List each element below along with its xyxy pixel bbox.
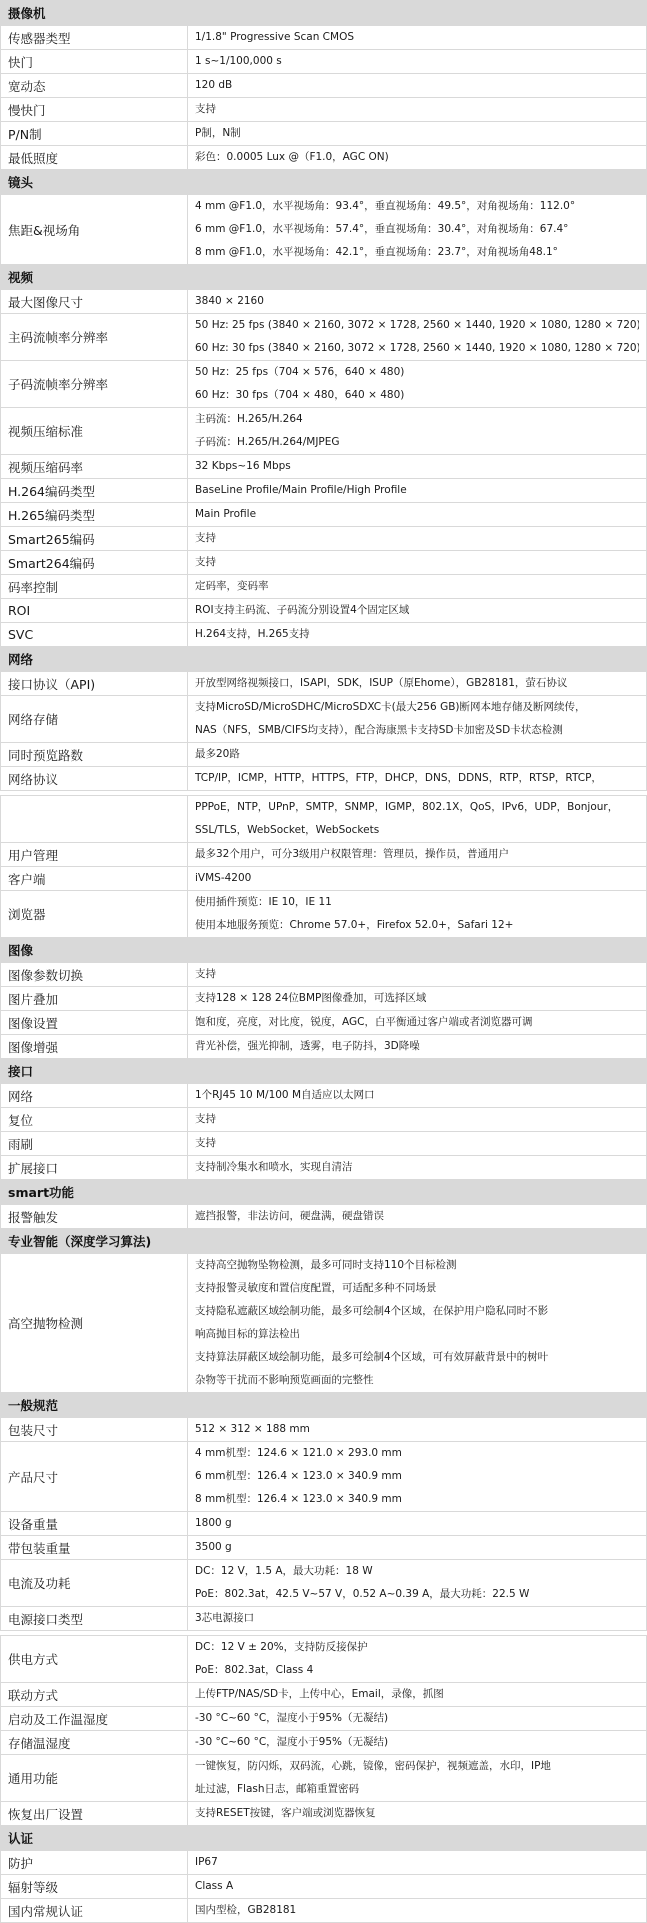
spec-value: PPPoE，NTP，UPnP，SMTP，SNMP，IGMP，802.1X，QoS… (188, 796, 647, 843)
spec-value: 支持MicroSD/MicroSDHC/MicroSDXC卡(最大256 GB)… (188, 696, 647, 743)
spec-value: -30 °C~60 °C，湿度小于95%（无凝结) (188, 1731, 647, 1755)
spec-value-line: 支持 (195, 963, 639, 986)
spec-value-line: 3840 × 2160 (195, 290, 639, 313)
spec-value: P制，N制 (188, 122, 647, 146)
spec-value-line: DC：12 V，1.5 A，最大功耗：18 W (195, 1560, 639, 1583)
spec-value-line: 8 mm @F1.0，水平视场角：42.1°，垂直视场角：23.7°，对角视场角… (195, 241, 639, 264)
spec-label: 通用功能 (1, 1755, 188, 1802)
spec-value-line: 最多20路 (195, 743, 639, 766)
spec-value: 饱和度，亮度，对比度，锐度，AGC，白平衡通过客户端或者浏览器可调 (188, 1011, 647, 1035)
section-title: 专业智能（深度学习算法) (1, 1229, 647, 1254)
spec-label: 焦距&视场角 (1, 195, 188, 265)
spec-row: 恢复出厂设置支持RESET按键，客户端或浏览器恢复 (1, 1802, 647, 1826)
spec-row: 同时预览路数最多20路 (1, 743, 647, 767)
section-title: 网络 (1, 647, 647, 672)
spec-sheet: 摄像机传感器类型1/1.8" Progressive Scan CMOS快门1 … (0, 0, 646, 1923)
spec-value-line: TCP/IP，ICMP，HTTP，HTTPS，FTP，DHCP，DNS，DDNS… (195, 767, 639, 790)
spec-label: Smart264编码 (1, 551, 188, 575)
spec-value-line: 1个RJ45 10 M/100 M自适应以太网口 (195, 1084, 639, 1107)
spec-label: 设备重量 (1, 1512, 188, 1536)
spec-row: 主码流帧率分辨率50 Hz: 25 fps (3840 × 2160, 3072… (1, 314, 647, 361)
section-title: 接口 (1, 1059, 647, 1084)
spec-label: 网络 (1, 1084, 188, 1108)
spec-label: H.265编码类型 (1, 503, 188, 527)
spec-value: Class A (188, 1875, 647, 1899)
spec-value-line: 定码率，变码率 (195, 575, 639, 598)
spec-label: 最低照度 (1, 146, 188, 170)
section-title: 镜头 (1, 170, 647, 195)
spec-value-line: 最多32个用户，可分3级用户权限管理：管理员，操作员，普通用户 (195, 843, 639, 866)
spec-value-line: 一键恢复，防闪烁，双码流，心跳，镜像，密码保护，视频遮盖，水印，IP地 (195, 1755, 639, 1778)
spec-label: 存储温湿度 (1, 1731, 188, 1755)
spec-row: Smart264编码支持 (1, 551, 647, 575)
spec-label: 电流及功耗 (1, 1560, 188, 1607)
spec-value-line: 上传FTP/NAS/SD卡，上传中心，Email，录像，抓图 (195, 1683, 639, 1706)
spec-label: 最大图像尺寸 (1, 290, 188, 314)
spec-value-line: 主码流：H.265/H.264 (195, 408, 639, 431)
spec-label: 同时预览路数 (1, 743, 188, 767)
spec-value: 1/1.8" Progressive Scan CMOS (188, 26, 647, 50)
spec-table-part-3: 供电方式DC：12 V ± 20%，支持防反接保护PoE：802.3at，Cla… (0, 1635, 647, 1923)
spec-value: 1800 g (188, 1512, 647, 1536)
spec-value-line: Class A (195, 1875, 639, 1898)
spec-value-line: 址过滤，Flash日志，邮箱重置密码 (195, 1778, 639, 1801)
spec-value: TCP/IP，ICMP，HTTP，HTTPS，FTP，DHCP，DNS，DDNS… (188, 767, 647, 791)
spec-label: 接口协议（API) (1, 672, 188, 696)
spec-label: 供电方式 (1, 1636, 188, 1683)
spec-value-line: PPPoE，NTP，UPnP，SMTP，SNMP，IGMP，802.1X，QoS… (195, 796, 639, 819)
spec-row: 图像设置饱和度，亮度，对比度，锐度，AGC，白平衡通过客户端或者浏览器可调 (1, 1011, 647, 1035)
spec-value-line: 遮挡报警，非法访问，硬盘满，硬盘错误 (195, 1205, 639, 1228)
spec-label: 包装尺寸 (1, 1418, 188, 1442)
spec-value: 支持 (188, 551, 647, 575)
spec-label: 图像参数切换 (1, 963, 188, 987)
spec-value-line: 4 mm机型：124.6 × 121.0 × 293.0 mm (195, 1442, 639, 1465)
spec-value-line: 国内型检，GB28181 (195, 1899, 639, 1922)
spec-value: ROI支持主码流、子码流分别设置4个固定区域 (188, 599, 647, 623)
spec-value: 3840 × 2160 (188, 290, 647, 314)
spec-label: 传感器类型 (1, 26, 188, 50)
spec-label: 扩展接口 (1, 1156, 188, 1180)
section-header: 接口 (1, 1059, 647, 1084)
spec-value-line: 使用本地服务预览：Chrome 57.0+，Firefox 52.0+，Safa… (195, 914, 639, 937)
spec-label: 网络存储 (1, 696, 188, 743)
spec-label: 主码流帧率分辨率 (1, 314, 188, 361)
spec-value-line: 子码流：H.265/H.264/MJPEG (195, 431, 639, 454)
spec-value-line: 支持128 × 128 24位BMP图像叠加，可选择区域 (195, 987, 639, 1010)
spec-value-line: Main Profile (195, 503, 639, 526)
spec-value-line: DC：12 V ± 20%，支持防反接保护 (195, 1636, 639, 1659)
spec-value-line: 开放型网络视频接口，ISAPI，SDK，ISUP（原Ehome），GB28181… (195, 672, 639, 695)
spec-value-line: 4 mm @F1.0，水平视场角：93.4°，垂直视场角：49.5°，对角视场角… (195, 195, 639, 218)
spec-value-line: iVMS-4200 (195, 867, 639, 890)
spec-row: 通用功能一键恢复，防闪烁，双码流，心跳，镜像，密码保护，视频遮盖，水印，IP地址… (1, 1755, 647, 1802)
spec-label: 图像增强 (1, 1035, 188, 1059)
spec-label: 图像设置 (1, 1011, 188, 1035)
section-header: smart功能 (1, 1180, 647, 1205)
spec-row: 雨刷支持 (1, 1132, 647, 1156)
spec-value-line: NAS（NFS，SMB/CIFS均支持），配合海康黑卡支持SD卡加密及SD卡状态… (195, 719, 639, 742)
spec-label: 用户管理 (1, 843, 188, 867)
section-title: 认证 (1, 1826, 647, 1851)
spec-value-line: 1/1.8" Progressive Scan CMOS (195, 26, 639, 49)
spec-table-part-2: PPPoE，NTP，UPnP，SMTP，SNMP，IGMP，802.1X，QoS… (0, 795, 647, 1631)
spec-label: 复位 (1, 1108, 188, 1132)
spec-row: 图像增强背光补偿，强光抑制，透雾，电子防抖，3D降噪 (1, 1035, 647, 1059)
spec-value: 4 mm机型：124.6 × 121.0 × 293.0 mm6 mm机型：12… (188, 1442, 647, 1512)
spec-row: P/N制P制，N制 (1, 122, 647, 146)
spec-value: 3芯电源接口 (188, 1607, 647, 1631)
spec-label: 雨刷 (1, 1132, 188, 1156)
spec-value: 1 s~1/100,000 s (188, 50, 647, 74)
spec-row: 扩展接口支持制冷集水和喷水，实现自清洁 (1, 1156, 647, 1180)
spec-row: 传感器类型1/1.8" Progressive Scan CMOS (1, 26, 647, 50)
spec-row: 最低照度彩色：0.0005 Lux @（F1.0，AGC ON) (1, 146, 647, 170)
spec-row: 浏览器使用插件预览：IE 10，IE 11使用本地服务预览：Chrome 57.… (1, 891, 647, 938)
spec-row: Smart265编码支持 (1, 527, 647, 551)
spec-row: 图片叠加支持128 × 128 24位BMP图像叠加，可选择区域 (1, 987, 647, 1011)
spec-value: 背光补偿，强光抑制，透雾，电子防抖，3D降噪 (188, 1035, 647, 1059)
section-header: 摄像机 (1, 1, 647, 26)
spec-label: 带包装重量 (1, 1536, 188, 1560)
spec-row: ROIROI支持主码流、子码流分别设置4个固定区域 (1, 599, 647, 623)
spec-value-line: 512 × 312 × 188 mm (195, 1418, 639, 1441)
spec-value-line: 支持MicroSD/MicroSDHC/MicroSDXC卡(最大256 GB)… (195, 696, 639, 719)
spec-label: 启动及工作温湿度 (1, 1707, 188, 1731)
spec-value-line: 支持 (195, 1132, 639, 1155)
spec-row: 宽动态120 dB (1, 74, 647, 98)
spec-value-line: 32 Kbps~16 Mbps (195, 455, 639, 478)
spec-value-line: PoE：802.3at，Class 4 (195, 1659, 639, 1682)
spec-value-line: 饱和度，亮度，对比度，锐度，AGC，白平衡通过客户端或者浏览器可调 (195, 1011, 639, 1034)
section-title: smart功能 (1, 1180, 647, 1205)
spec-row: 存储温湿度-30 °C~60 °C，湿度小于95%（无凝结) (1, 1731, 647, 1755)
spec-value-line: P制，N制 (195, 122, 639, 145)
spec-value: 开放型网络视频接口，ISAPI，SDK，ISUP（原Ehome），GB28181… (188, 672, 647, 696)
spec-row: H.264编码类型BaseLine Profile/Main Profile/H… (1, 479, 647, 503)
spec-row: 图像参数切换支持 (1, 963, 647, 987)
spec-label: Smart265编码 (1, 527, 188, 551)
spec-row: 防护IP67 (1, 1851, 647, 1875)
spec-value-line: 8 mm机型：126.4 × 123.0 × 340.9 mm (195, 1488, 639, 1511)
spec-value: 一键恢复，防闪烁，双码流，心跳，镜像，密码保护，视频遮盖，水印，IP地址过滤，F… (188, 1755, 647, 1802)
spec-label: 辐射等级 (1, 1875, 188, 1899)
spec-label: P/N制 (1, 122, 188, 146)
spec-value: 最多20路 (188, 743, 647, 767)
spec-value: 50 Hz: 25 fps (3840 × 2160, 3072 × 1728,… (188, 314, 647, 361)
spec-row: 快门1 s~1/100,000 s (1, 50, 647, 74)
spec-row: 接口协议（API)开放型网络视频接口，ISAPI，SDK，ISUP（原Ehome… (1, 672, 647, 696)
section-title: 一般规范 (1, 1393, 647, 1418)
spec-value-line: 杂物等干扰而不影响预览画面的完整性 (195, 1369, 639, 1392)
spec-label: 客户端 (1, 867, 188, 891)
spec-value-line: 支持 (195, 551, 639, 574)
spec-label: 视频压缩标准 (1, 408, 188, 455)
spec-value: Main Profile (188, 503, 647, 527)
spec-row: SVCH.264支持，H.265支持 (1, 623, 647, 647)
spec-value: DC：12 V ± 20%，支持防反接保护PoE：802.3at，Class 4 (188, 1636, 647, 1683)
spec-row: 网络协议TCP/IP，ICMP，HTTP，HTTPS，FTP，DHCP，DNS，… (1, 767, 647, 791)
spec-row: 国内常规认证国内型检，GB28181 (1, 1899, 647, 1923)
spec-value: 主码流：H.265/H.264子码流：H.265/H.264/MJPEG (188, 408, 647, 455)
spec-row: 子码流帧率分辨率50 Hz：25 fps（704 × 576，640 × 480… (1, 361, 647, 408)
spec-value-line: 支持 (195, 98, 639, 121)
spec-value: 支持 (188, 963, 647, 987)
spec-value: 支持 (188, 1108, 647, 1132)
spec-row: 电源接口类型3芯电源接口 (1, 1607, 647, 1631)
spec-row: 启动及工作温湿度-30 °C~60 °C，湿度小于95%（无凝结) (1, 1707, 647, 1731)
spec-row: 最大图像尺寸3840 × 2160 (1, 290, 647, 314)
spec-row: 视频压缩码率32 Kbps~16 Mbps (1, 455, 647, 479)
spec-value-line: 60 Hz：30 fps（704 × 480，640 × 480) (195, 384, 639, 407)
section-header: 视频 (1, 265, 647, 290)
spec-value: 支持128 × 128 24位BMP图像叠加，可选择区域 (188, 987, 647, 1011)
spec-row: 供电方式DC：12 V ± 20%，支持防反接保护PoE：802.3at，Cla… (1, 1636, 647, 1683)
spec-value-line: -30 °C~60 °C，湿度小于95%（无凝结) (195, 1707, 639, 1730)
spec-value: 支持制冷集水和喷水，实现自清洁 (188, 1156, 647, 1180)
spec-label: 码率控制 (1, 575, 188, 599)
spec-label: 联动方式 (1, 1683, 188, 1707)
spec-row: 视频压缩标准主码流：H.265/H.264子码流：H.265/H.264/MJP… (1, 408, 647, 455)
spec-value-line: 使用插件预览：IE 10，IE 11 (195, 891, 639, 914)
spec-label: ROI (1, 599, 188, 623)
spec-row: 联动方式上传FTP/NAS/SD卡，上传中心，Email，录像，抓图 (1, 1683, 647, 1707)
spec-value: 支持 (188, 98, 647, 122)
spec-value-line: ROI支持主码流、子码流分别设置4个固定区域 (195, 599, 639, 622)
spec-value: 3500 g (188, 1536, 647, 1560)
spec-value: 国内型检，GB28181 (188, 1899, 647, 1923)
spec-value-line: 支持RESET按键，客户端或浏览器恢复 (195, 1802, 639, 1825)
spec-value-line: 50 Hz：25 fps（704 × 576，640 × 480) (195, 361, 639, 384)
spec-value: 遮挡报警，非法访问，硬盘满，硬盘错误 (188, 1205, 647, 1229)
spec-value: iVMS-4200 (188, 867, 647, 891)
spec-value: 彩色：0.0005 Lux @（F1.0，AGC ON) (188, 146, 647, 170)
spec-row: 电流及功耗DC：12 V，1.5 A，最大功耗：18 WPoE：802.3at，… (1, 1560, 647, 1607)
section-title: 视频 (1, 265, 647, 290)
spec-value-line: 支持报警灵敏度和置信度配置，可适配多种不同场景 (195, 1277, 639, 1300)
spec-row: 包装尺寸512 × 312 × 188 mm (1, 1418, 647, 1442)
spec-value-line: 支持制冷集水和喷水，实现自清洁 (195, 1156, 639, 1179)
spec-row: PPPoE，NTP，UPnP，SMTP，SNMP，IGMP，802.1X，QoS… (1, 796, 647, 843)
spec-row: H.265编码类型Main Profile (1, 503, 647, 527)
spec-value: BaseLine Profile/Main Profile/High Profi… (188, 479, 647, 503)
spec-value-line: IP67 (195, 1851, 639, 1874)
spec-row: 辐射等级Class A (1, 1875, 647, 1899)
spec-value-line: 1800 g (195, 1512, 639, 1535)
spec-label (1, 796, 188, 843)
section-header: 镜头 (1, 170, 647, 195)
spec-row: 复位支持 (1, 1108, 647, 1132)
spec-value-line: PoE：802.3at，42.5 V~57 V，0.52 A~0.39 A，最大… (195, 1583, 639, 1606)
spec-value-line: BaseLine Profile/Main Profile/High Profi… (195, 479, 639, 502)
spec-row: 焦距&视场角4 mm @F1.0，水平视场角：93.4°，垂直视场角：49.5°… (1, 195, 647, 265)
spec-value: 最多32个用户，可分3级用户权限管理：管理员，操作员，普通用户 (188, 843, 647, 867)
spec-value: -30 °C~60 °C，湿度小于95%（无凝结) (188, 1707, 647, 1731)
section-title: 图像 (1, 938, 647, 963)
spec-value-line: 50 Hz: 25 fps (3840 × 2160, 3072 × 1728,… (195, 314, 639, 337)
spec-value: 定码率，变码率 (188, 575, 647, 599)
spec-label: 国内常规认证 (1, 1899, 188, 1923)
spec-value: 上传FTP/NAS/SD卡，上传中心，Email，录像，抓图 (188, 1683, 647, 1707)
spec-value: 支持RESET按键，客户端或浏览器恢复 (188, 1802, 647, 1826)
section-header: 专业智能（深度学习算法) (1, 1229, 647, 1254)
section-title: 摄像机 (1, 1, 647, 26)
spec-label: 产品尺寸 (1, 1442, 188, 1512)
spec-label: 防护 (1, 1851, 188, 1875)
spec-value-line: 60 Hz: 30 fps (3840 × 2160, 3072 × 1728,… (195, 337, 639, 360)
spec-value: 使用插件预览：IE 10，IE 11使用本地服务预览：Chrome 57.0+，… (188, 891, 647, 938)
spec-value-line: 支持高空抛物坠物检测，最多可同时支持110个目标检测 (195, 1254, 639, 1277)
spec-value-line: 支持 (195, 527, 639, 550)
spec-label: 宽动态 (1, 74, 188, 98)
section-header: 认证 (1, 1826, 647, 1851)
spec-label: 图片叠加 (1, 987, 188, 1011)
spec-row: 带包装重量3500 g (1, 1536, 647, 1560)
spec-table-part-1: 摄像机传感器类型1/1.8" Progressive Scan CMOS快门1 … (0, 0, 647, 791)
spec-value: 4 mm @F1.0，水平视场角：93.4°，垂直视场角：49.5°，对角视场角… (188, 195, 647, 265)
spec-value-line: 彩色：0.0005 Lux @（F1.0，AGC ON) (195, 146, 639, 169)
spec-value: DC：12 V，1.5 A，最大功耗：18 WPoE：802.3at，42.5 … (188, 1560, 647, 1607)
spec-row: 高空抛物检测支持高空抛物坠物检测，最多可同时支持110个目标检测支持报警灵敏度和… (1, 1254, 647, 1393)
spec-value: 120 dB (188, 74, 647, 98)
spec-value-line: H.264支持，H.265支持 (195, 623, 639, 646)
spec-value-line: 1 s~1/100,000 s (195, 50, 639, 73)
spec-value-line: 6 mm @F1.0，水平视场角：57.4°，垂直视场角：30.4°，对角视场角… (195, 218, 639, 241)
spec-value-line: 背光补偿，强光抑制，透雾，电子防抖，3D降噪 (195, 1035, 639, 1058)
spec-row: 网络存储支持MicroSD/MicroSDHC/MicroSDXC卡(最大256… (1, 696, 647, 743)
spec-label: SVC (1, 623, 188, 647)
spec-value: 512 × 312 × 188 mm (188, 1418, 647, 1442)
spec-value: 支持高空抛物坠物检测，最多可同时支持110个目标检测支持报警灵敏度和置信度配置，… (188, 1254, 647, 1393)
spec-value-line: 支持算法屏蔽区域绘制功能，最多可绘制4个区域，可有效屏蔽背景中的树叶 (195, 1346, 639, 1369)
spec-value-line: 支持 (195, 1108, 639, 1131)
spec-value: 支持 (188, 1132, 647, 1156)
section-header: 图像 (1, 938, 647, 963)
spec-label: 高空抛物检测 (1, 1254, 188, 1393)
spec-value: 50 Hz：25 fps（704 × 576，640 × 480)60 Hz：3… (188, 361, 647, 408)
spec-label: H.264编码类型 (1, 479, 188, 503)
spec-row: 码率控制定码率，变码率 (1, 575, 647, 599)
spec-label: 恢复出厂设置 (1, 1802, 188, 1826)
spec-label: 子码流帧率分辨率 (1, 361, 188, 408)
spec-row: 报警触发遮挡报警，非法访问，硬盘满，硬盘错误 (1, 1205, 647, 1229)
spec-row: 客户端iVMS-4200 (1, 867, 647, 891)
spec-label: 视频压缩码率 (1, 455, 188, 479)
spec-value: 支持 (188, 527, 647, 551)
spec-value-line: 响高抛目标的算法检出 (195, 1323, 639, 1346)
spec-label: 慢快门 (1, 98, 188, 122)
section-header: 网络 (1, 647, 647, 672)
spec-label: 快门 (1, 50, 188, 74)
spec-row: 网络1个RJ45 10 M/100 M自适应以太网口 (1, 1084, 647, 1108)
spec-row: 用户管理最多32个用户，可分3级用户权限管理：管理员，操作员，普通用户 (1, 843, 647, 867)
spec-value-line: 120 dB (195, 74, 639, 97)
spec-row: 慢快门支持 (1, 98, 647, 122)
spec-value-line: 支持隐私遮蔽区域绘制功能，最多可绘制4个区域，在保护用户隐私同时不影 (195, 1300, 639, 1323)
spec-value: 1个RJ45 10 M/100 M自适应以太网口 (188, 1084, 647, 1108)
spec-value: 32 Kbps~16 Mbps (188, 455, 647, 479)
spec-label: 报警触发 (1, 1205, 188, 1229)
spec-value-line: 6 mm机型：126.4 × 123.0 × 340.9 mm (195, 1465, 639, 1488)
spec-label: 电源接口类型 (1, 1607, 188, 1631)
spec-label: 浏览器 (1, 891, 188, 938)
spec-label: 网络协议 (1, 767, 188, 791)
section-header: 一般规范 (1, 1393, 647, 1418)
spec-value-line: -30 °C~60 °C，湿度小于95%（无凝结) (195, 1731, 639, 1754)
spec-value: H.264支持，H.265支持 (188, 623, 647, 647)
spec-value-line: 3芯电源接口 (195, 1607, 639, 1630)
spec-row: 产品尺寸4 mm机型：124.6 × 121.0 × 293.0 mm6 mm机… (1, 1442, 647, 1512)
spec-value-line: 3500 g (195, 1536, 639, 1559)
spec-row: 设备重量1800 g (1, 1512, 647, 1536)
spec-value-line: SSL/TLS，WebSocket，WebSockets (195, 819, 639, 842)
spec-value: IP67 (188, 1851, 647, 1875)
